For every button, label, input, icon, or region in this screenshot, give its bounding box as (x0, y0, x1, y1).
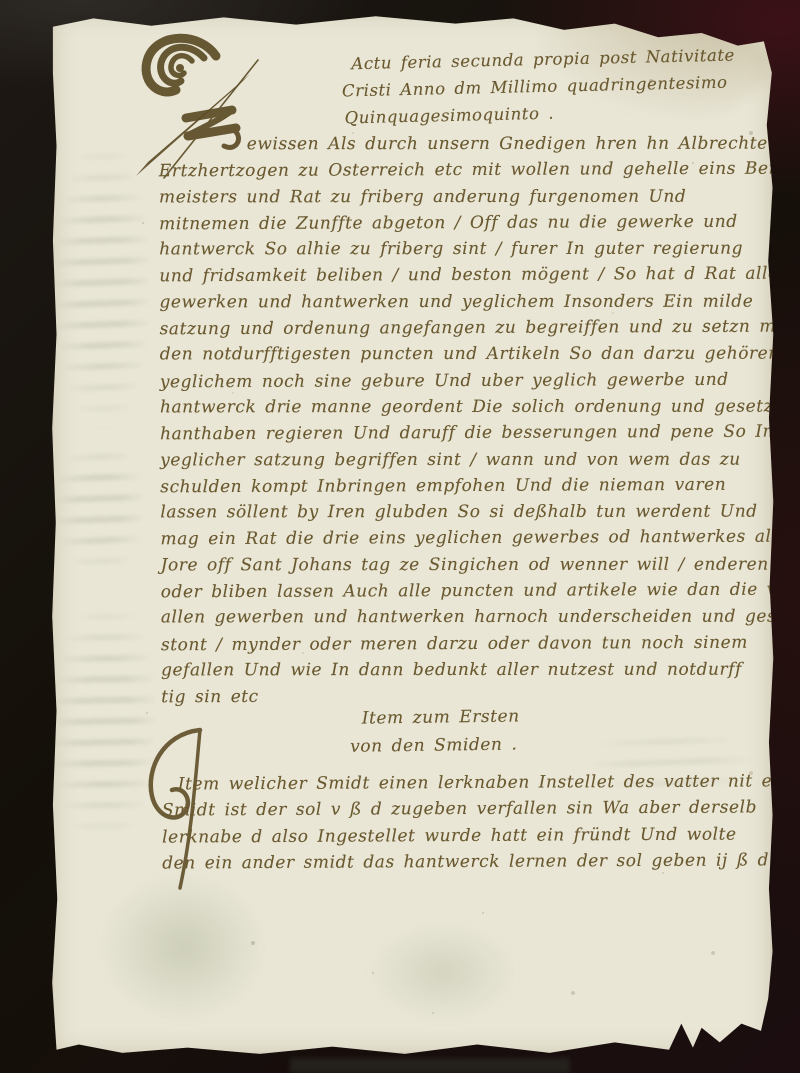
manuscript-line: lerknabe d also Ingestellet wurde hatt e… (162, 821, 748, 850)
manuscript-line: gefallen Und wie In dann bedunkt aller n… (161, 657, 757, 684)
manuscript-line: stont / mynder oder meren darzu oder dav… (161, 629, 757, 658)
manuscript-line: lassen söllent by Iren glubden So si deß… (160, 499, 756, 526)
backdrop-bottom-strip (290, 1058, 570, 1073)
preamble-paragraph: ewissen Als durch unsern Gnedigen hren h… (159, 130, 758, 711)
manuscript-line: allen gewerben und hantwerken harnoch un… (161, 604, 757, 631)
green-stain (368, 922, 518, 1022)
manuscript-page: Actu feria secunda propia post Nativitat… (50, 10, 774, 1056)
manuscript-line: hantwerck So alhie zu friberg sint / fur… (159, 236, 755, 263)
manuscript-line: mag ein Rat die drie eins yeglichen gewe… (160, 524, 756, 553)
manuscript-line: ewissen Als durch unsern Gnedigen hren h… (159, 131, 755, 158)
manuscript-line: Ertzhertzogen zu Osterreich etc mit woll… (159, 156, 755, 185)
manuscript-line: schulden kompt Inbringen empfohen Und di… (160, 472, 756, 501)
manuscript-line: hanthaben regieren Und daruff die besser… (160, 419, 756, 448)
manuscript-line: Smidt ist der sol v ß d zugeben verfalle… (162, 795, 748, 824)
manuscript-line: yeglicher satzung begriffen sint / wann … (160, 446, 756, 473)
bleedthrough-text-patch (56, 440, 144, 575)
manuscript-line: yeglichem noch sine gebure Und uber yegl… (160, 366, 756, 395)
manuscript-line: Item zum Ersten (362, 701, 610, 732)
manuscript-line: meisters und Rat zu friberg anderung fur… (159, 183, 755, 210)
green-stain (98, 872, 268, 1022)
manuscript-line: von den Smiden . (350, 729, 610, 761)
manuscript-line: mitnemen die Zunffte abgeton / Off das n… (159, 209, 755, 238)
manuscript-line: Item welicher Smidt einen lerknaben Inst… (162, 768, 748, 797)
manuscript-line: Jore off Sant Johans tag ze Singichen od… (161, 551, 757, 578)
manuscript-line: hantwerck drie manne geordent Die solich… (160, 394, 756, 421)
first-article-paragraph: Item welicher Smidt einen lerknaben Inst… (162, 768, 749, 876)
manuscript-line: den notdurfftigesten puncten und Artikel… (160, 341, 756, 368)
manuscript-line: den ein ander smidt das hantwerck lernen… (162, 847, 748, 876)
manuscript-line: satzung und ordenung angefangen zu begre… (160, 314, 756, 343)
bleedthrough-text-patch (56, 140, 150, 430)
dating-clause: Actu feria secunda propia post Nativitat… (337, 41, 739, 131)
manuscript-line: gewerken und hantwerken und yeglichem In… (159, 288, 755, 315)
section-heading: Item zum Ersten von den Smiden . (350, 701, 611, 761)
manuscript-line: oder bliben lassen Auch alle puncten und… (161, 577, 757, 606)
manuscript-line: und fridsamkeit beliben / und beston mög… (159, 261, 755, 290)
